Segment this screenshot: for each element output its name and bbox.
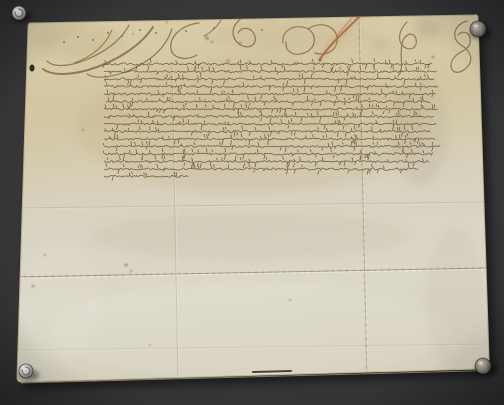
vignette-overlay <box>0 0 504 405</box>
charter-photograph <box>0 0 504 405</box>
parchment-scene <box>0 0 504 405</box>
